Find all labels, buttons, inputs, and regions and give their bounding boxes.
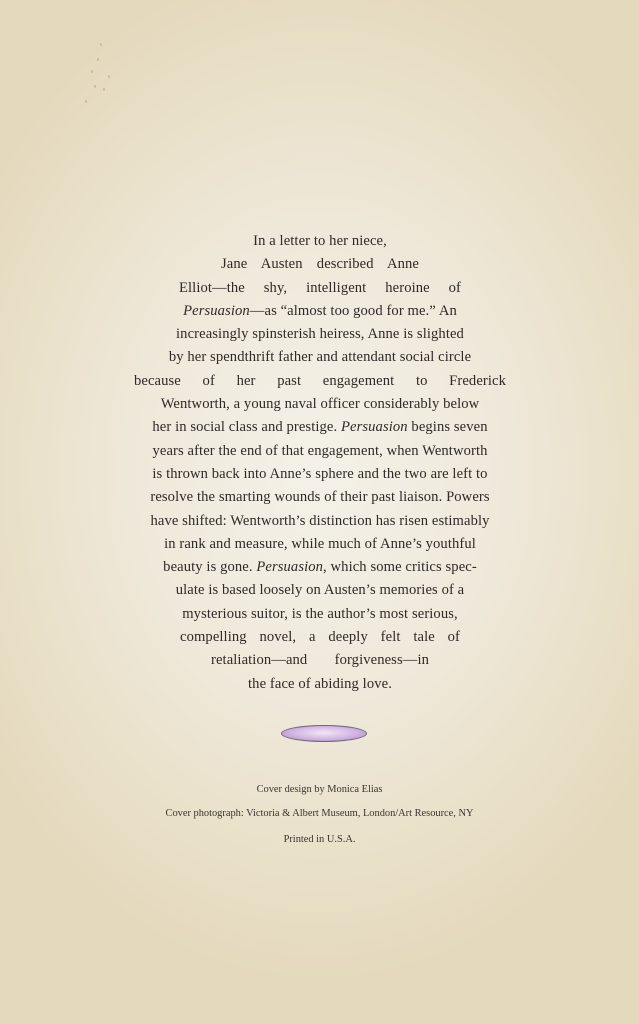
blurb-line: Elliot—the shy, intelligent heroine of	[179, 277, 461, 300]
blurb-line: compelling novel, a deeply felt tale of	[180, 626, 460, 649]
blurb-line: beauty is gone. Persuasion, which some c…	[100, 556, 540, 579]
speck	[94, 85, 96, 88]
blurb-text: retaliation—and forgiveness—in	[211, 652, 429, 668]
speck	[97, 58, 99, 61]
blurb-text: the face of abiding love.	[248, 676, 392, 692]
blurb-line: years after the end of that engagement, …	[100, 440, 540, 463]
cover-photograph-credit: Cover photograph: Victoria & Albert Muse…	[0, 807, 639, 821]
blurb-line: because of her past engagement to Freder…	[134, 370, 506, 393]
book-title-italic: Persuasion	[341, 419, 408, 435]
blurb-line: by her spendthrift father and attendant …	[100, 346, 540, 369]
blurb-line: have shifted: Wentworth’s distinction ha…	[100, 510, 540, 533]
book-blurb: In a letter to her niece,Jane Austen des…	[100, 230, 540, 696]
blurb-text: years after the end of that engagement, …	[152, 443, 487, 459]
blurb-text: , which some critics spec-	[323, 559, 477, 575]
book-back-cover: In a letter to her niece,Jane Austen des…	[0, 0, 639, 1024]
blurb-text: compelling novel, a deeply felt tale of	[180, 629, 460, 645]
blurb-line: is thrown back into Anne’s sphere and th…	[100, 463, 540, 486]
blurb-line: her in social class and prestige. Persua…	[100, 416, 540, 439]
speck	[91, 70, 93, 73]
printed-in-notice: Printed in U.S.A.	[0, 833, 639, 847]
blurb-text: In a letter to her niece,	[253, 233, 387, 249]
blurb-line: retaliation—and forgiveness—in	[211, 649, 429, 672]
blurb-line: the face of abiding love.	[100, 673, 540, 696]
book-title-italic: Persuasion	[256, 559, 323, 575]
blurb-text: ulate is based loosely on Austen’s memor…	[176, 582, 465, 598]
blurb-text: Wentworth, a young naval officer conside…	[161, 396, 480, 412]
paper-specks	[70, 40, 130, 140]
blurb-text: have shifted: Wentworth’s distinction ha…	[150, 513, 489, 529]
cover-design-credit: Cover design by Monica Elias	[0, 783, 639, 797]
speck	[85, 100, 87, 103]
blurb-text: Elliot—the shy, intelligent heroine of	[179, 280, 461, 296]
blurb-text: begins seven	[408, 419, 488, 435]
blurb-text: increasingly spinsterish heiress, Anne i…	[176, 326, 464, 342]
oval-ornament-icon	[281, 725, 367, 742]
blurb-line: In a letter to her niece,	[100, 230, 540, 253]
blurb-line: Jane Austen described Anne	[221, 253, 419, 276]
blurb-text: her in social class and prestige.	[152, 419, 341, 435]
blurb-text: beauty is gone.	[163, 559, 256, 575]
blurb-text: is thrown back into Anne’s sphere and th…	[152, 466, 487, 482]
blurb-text: —as “almost too good for me.” An	[250, 303, 457, 319]
blurb-text: because of her past engagement to Freder…	[134, 373, 506, 389]
blurb-line: increasingly spinsterish heiress, Anne i…	[100, 323, 540, 346]
blurb-line: Persuasion—as “almost too good for me.” …	[100, 300, 540, 323]
blurb-text: Jane Austen described Anne	[221, 256, 419, 272]
book-title-italic: Persuasion	[183, 303, 250, 319]
blurb-text: in rank and measure, while much of Anne’…	[164, 536, 476, 552]
blurb-text: resolve the smarting wounds of their pas…	[150, 489, 489, 505]
blurb-line: Wentworth, a young naval officer conside…	[100, 393, 540, 416]
blurb-line: ulate is based loosely on Austen’s memor…	[100, 579, 540, 602]
blurb-text: by her spendthrift father and attendant …	[169, 349, 471, 365]
blurb-line: mysterious suitor, is the author’s most …	[100, 603, 540, 626]
blurb-line: resolve the smarting wounds of their pas…	[100, 486, 540, 509]
blurb-text: mysterious suitor, is the author’s most …	[182, 606, 458, 622]
speck	[103, 88, 105, 91]
speck	[108, 75, 110, 78]
speck	[100, 43, 102, 46]
blurb-line: in rank and measure, while much of Anne’…	[100, 533, 540, 556]
